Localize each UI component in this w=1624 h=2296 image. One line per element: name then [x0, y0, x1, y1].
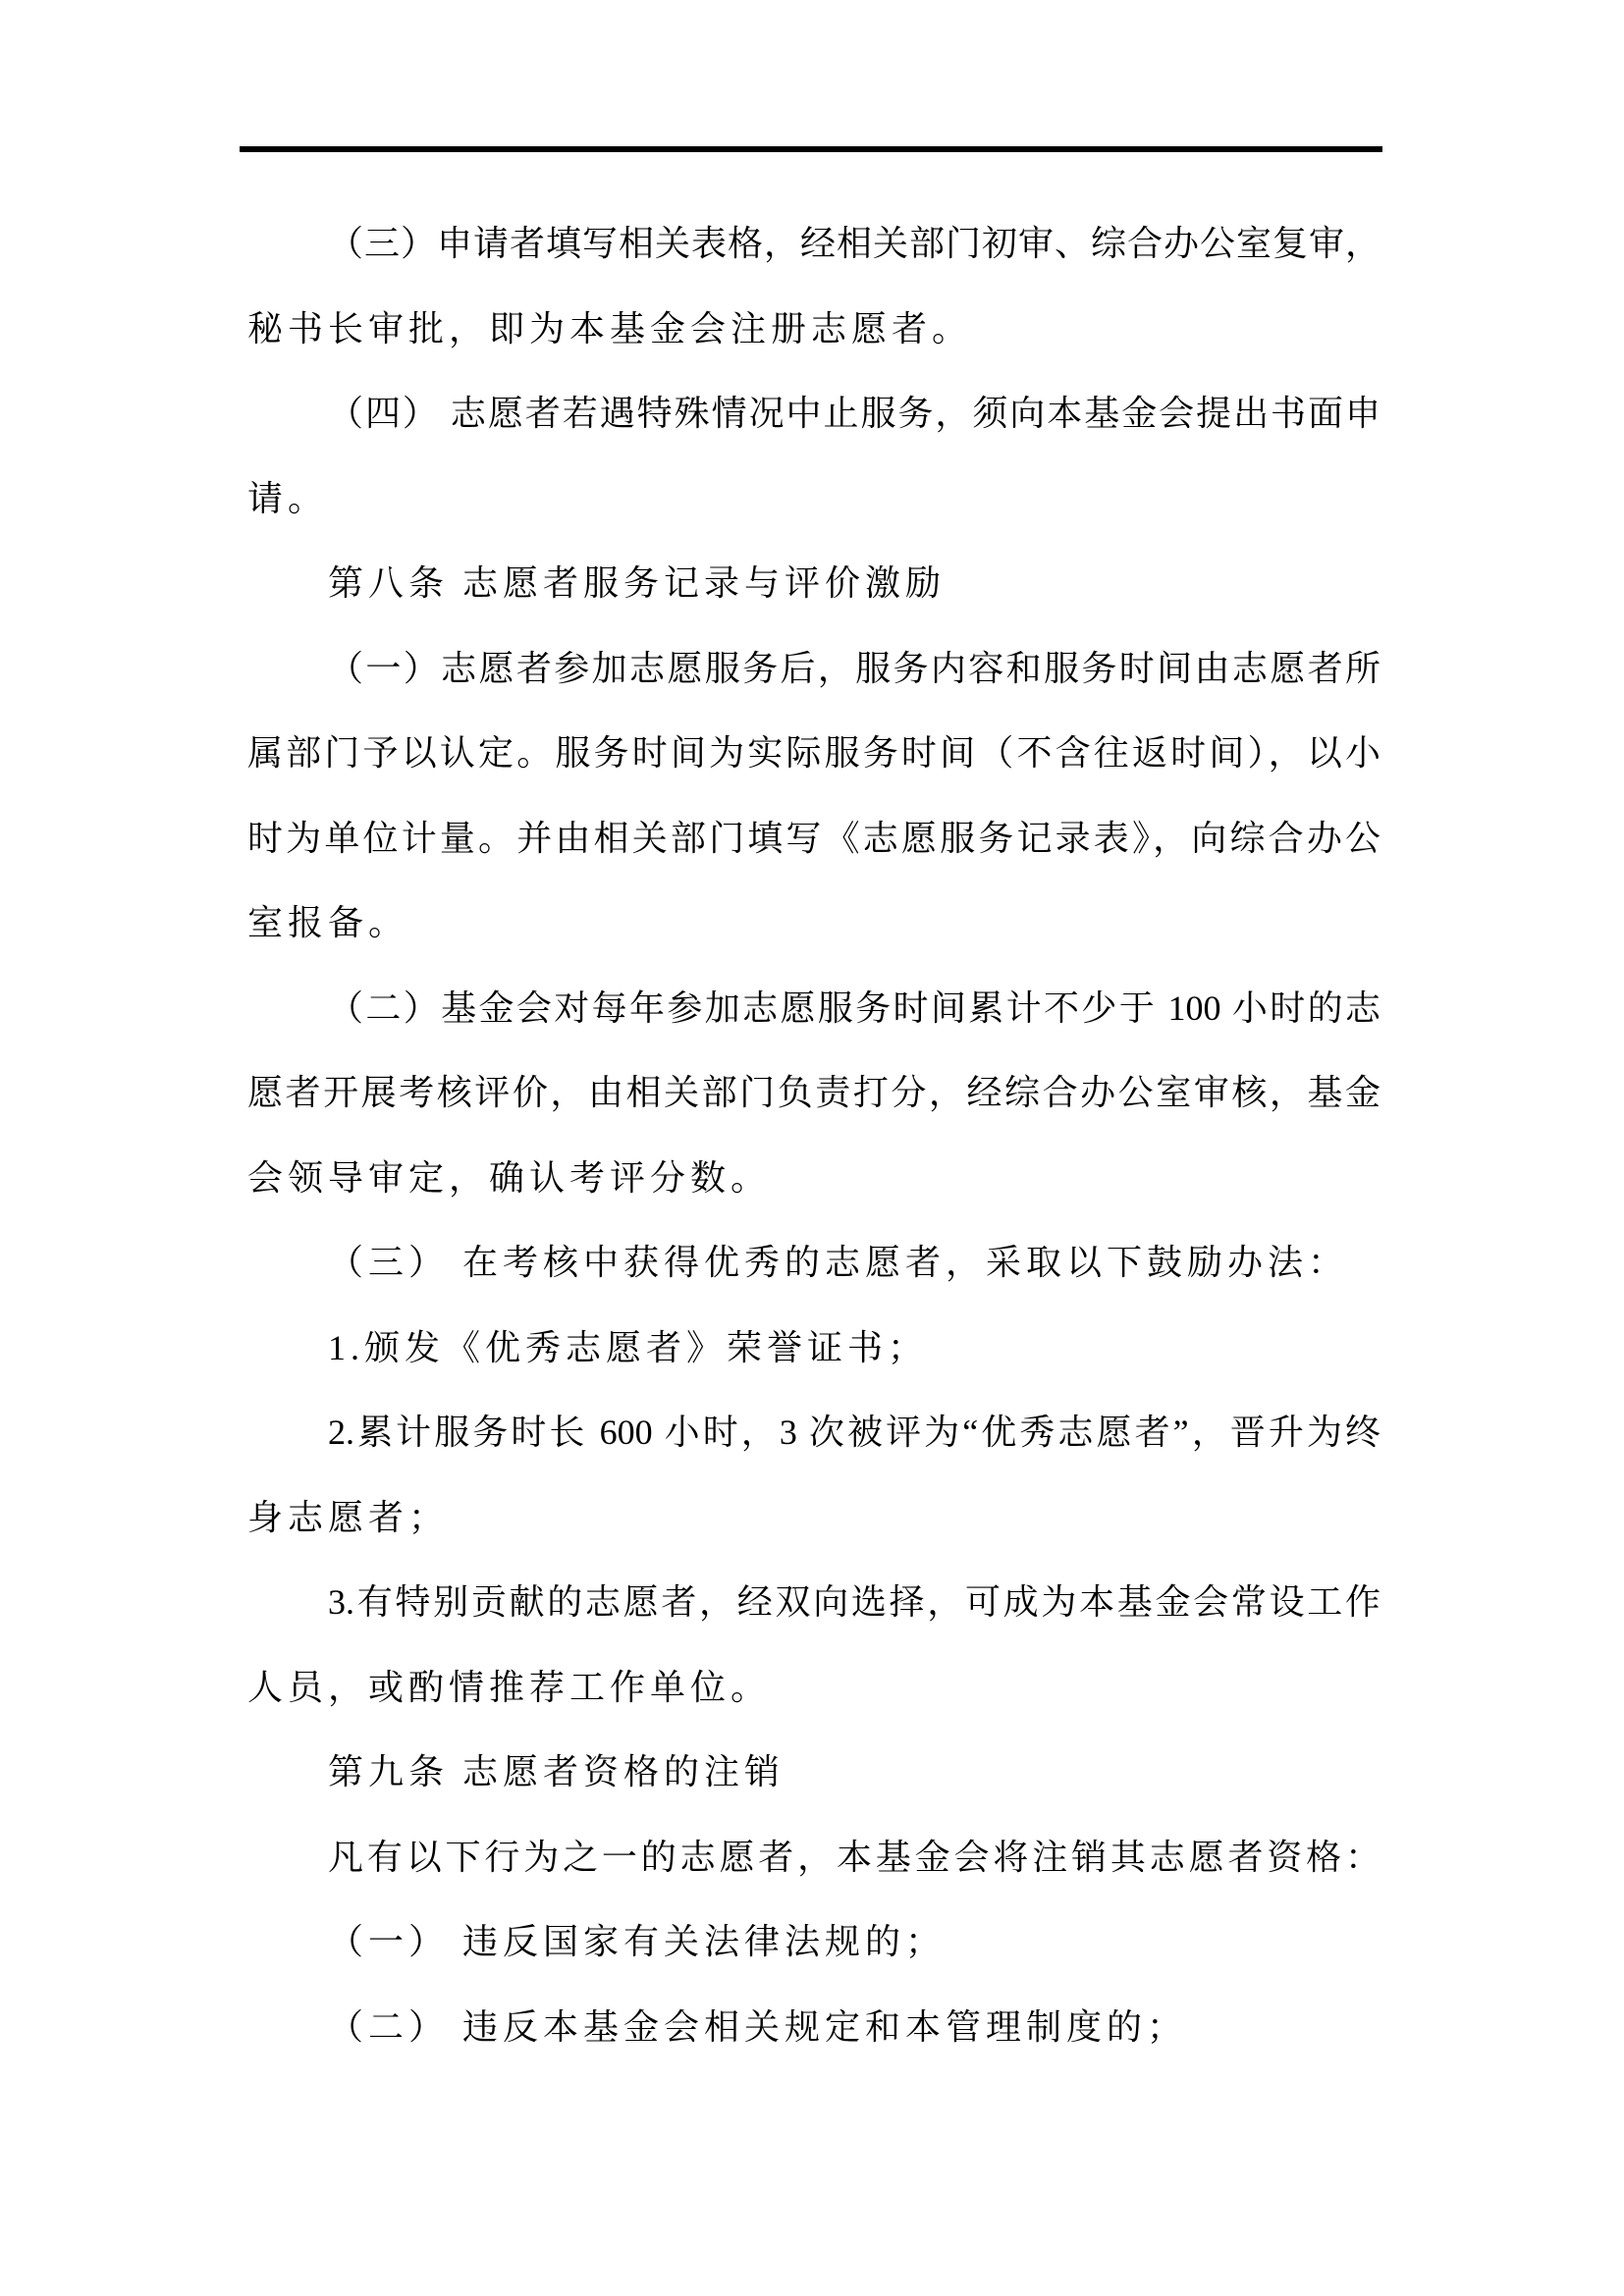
text-line: 会领导审定，确认考评分数。: [247, 1136, 1380, 1221]
text-line: （三） 在考核中获得优秀的志愿者，采取以下鼓励办法：: [247, 1220, 1380, 1306]
text-line: 凡有以下行为之一的志愿者，本基金会将注销其志愿者资格：: [247, 1815, 1380, 1900]
text-line: 愿者开展考核评价，由相关部门负责打分，经综合办公室审核，基金: [247, 1050, 1380, 1136]
text-line: （二）基金会对每年参加志愿服务时间累计不少于 100 小时的志: [247, 966, 1380, 1051]
text-line: 室报备。: [247, 881, 1380, 966]
page: （三）申请者填写相关表格，经相关部门初审、综合办公室复审， 秘书长审批，即为本基…: [0, 0, 1624, 2296]
text-line: （三）申请者填写相关表格，经相关部门初审、综合办公室复审，: [247, 201, 1380, 287]
text-line: 身志愿者；: [247, 1475, 1380, 1561]
text-line: 2.累计服务时长 600 小时，3 次被评为“优秀志愿者”，晋升为终: [247, 1390, 1380, 1475]
text-line: 属部门予以认定。服务时间为实际服务时间（不含往返时间），以小: [247, 711, 1380, 796]
text-line: 请。: [247, 456, 1380, 542]
text-line: 时为单位计量。并由相关部门填写《志愿服务记录表》，向综合办公: [247, 796, 1380, 881]
text-line: （四） 志愿者若遇特殊情况中止服务，须向本基金会提出书面申: [247, 371, 1380, 456]
text-line: （一）志愿者参加志愿服务后，服务内容和服务时间由志愿者所: [247, 626, 1380, 712]
header-rule: [240, 146, 1382, 152]
document-body: （三）申请者填写相关表格，经相关部门初审、综合办公室复审， 秘书长审批，即为本基…: [247, 201, 1380, 2069]
text-line: 人员，或酌情推荐工作单位。: [247, 1645, 1380, 1731]
text-line: 1.颁发《优秀志愿者》荣誉证书；: [247, 1306, 1380, 1391]
text-line: 第八条 志愿者服务记录与评价激励: [247, 541, 1380, 626]
text-line: 秘书长审批，即为本基金会注册志愿者。: [247, 287, 1380, 372]
text-line: （一） 违反国家有关法律法规的；: [247, 1899, 1380, 1985]
text-line: （二） 违反本基金会相关规定和本管理制度的；: [247, 1985, 1380, 2070]
text-line: 3.有特别贡献的志愿者，经双向选择，可成为本基金会常设工作: [247, 1560, 1380, 1645]
text-line: 第九条 志愿者资格的注销: [247, 1730, 1380, 1815]
